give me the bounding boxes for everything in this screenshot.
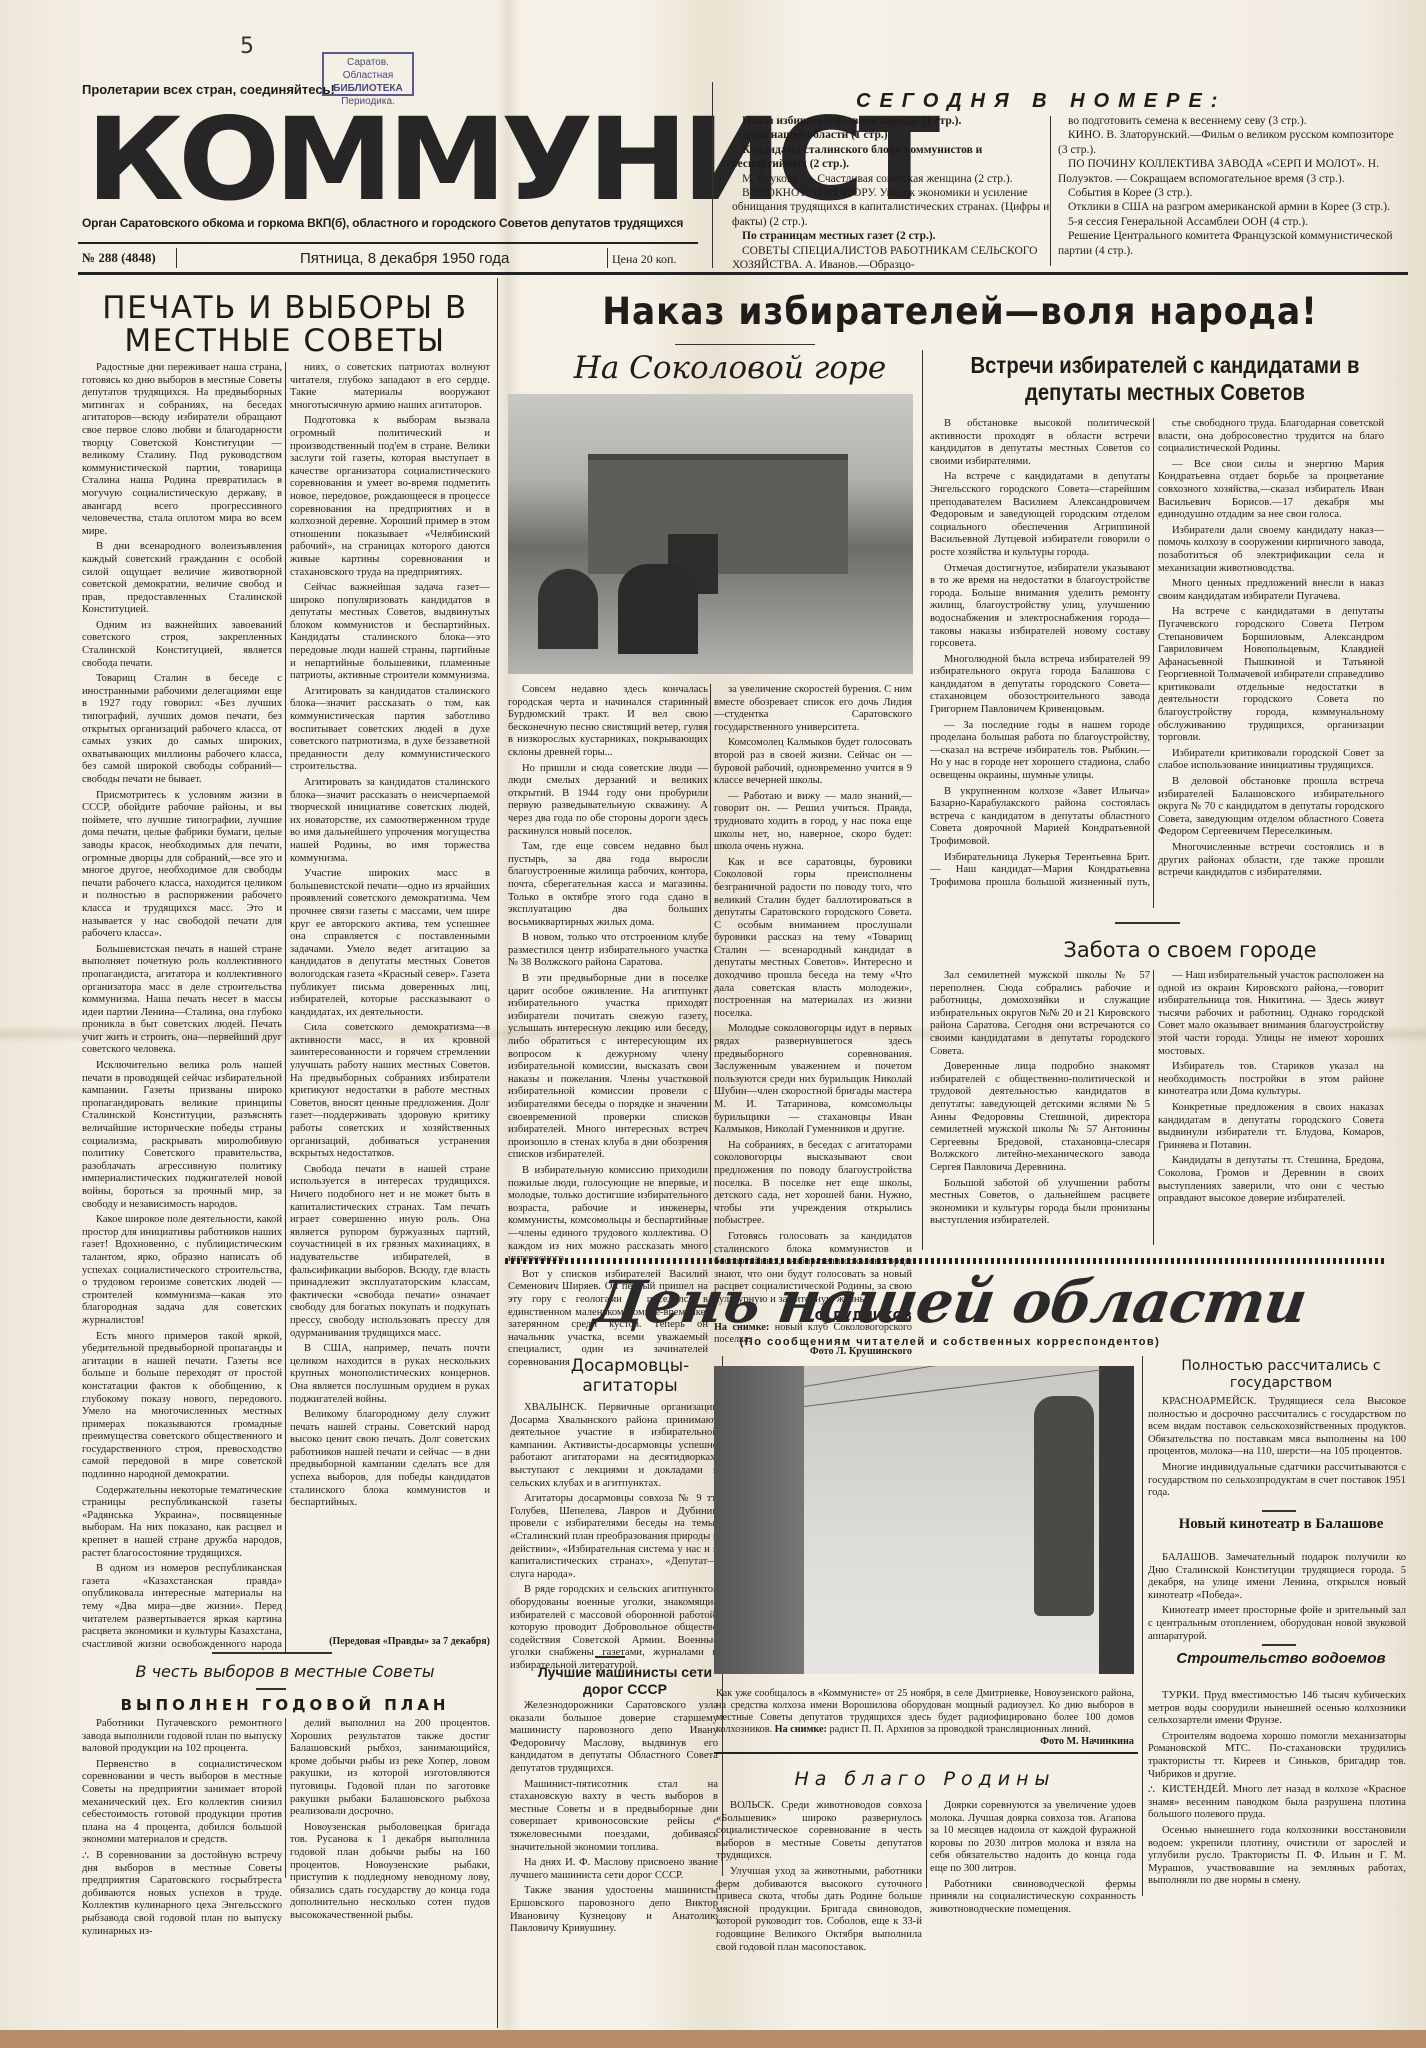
paragraph: Участие широких масс в большевистской пе…	[290, 868, 490, 1019]
paragraph: Сила советского демократизма—в активност…	[290, 1022, 490, 1161]
divider	[212, 1652, 332, 1654]
paragraph: В новом, только что отстроенном клубе ра…	[508, 932, 708, 970]
paragraph: Агитаторы досармовцы совхоза № 9 тт. Гол…	[510, 1493, 718, 1581]
paragraph: Избиратель тов. Стариков указал на необх…	[1158, 1061, 1384, 1099]
photo-club	[508, 394, 913, 674]
paragraph: Доярки соревнуются за увеличение удоев м…	[930, 1800, 1136, 1876]
paper-edge	[0, 2030, 1426, 2048]
issue-number: № 288 (4848)	[82, 250, 156, 266]
luchshie-title: Лучшие машинисты сети дорог СССР	[520, 1664, 730, 1698]
toc-item: Отклики в США на разгром американской ар…	[1058, 200, 1398, 214]
toc-item: В БЛОКНОТ АГИТАТОРУ. Упадок экономики и …	[732, 186, 1052, 229]
price: Цена 20 коп.	[612, 252, 676, 267]
radio-caption: Как уже сообщалось в «Коммунисте» от 25 …	[716, 1688, 1134, 1748]
paragraph: На собраниях, в беседах с агитаторами со…	[714, 1140, 912, 1228]
paragraph: Большой заботой об улучшении работы мест…	[930, 1178, 1150, 1228]
plan-column-1: Работники Пугачевского ремонтного завода…	[82, 1718, 282, 1941]
wavy-divider	[505, 1258, 1385, 1264]
paragraph: Но пришли и сюда советские люди — люди с…	[508, 763, 708, 839]
paragraph: Многие индивидуальные сдатчики рассчитыв…	[1148, 1462, 1406, 1500]
toc-right: во подготовить семена к весеннему севу (…	[1058, 114, 1398, 258]
paragraph: Большевистская печать в нашей стране вып…	[82, 944, 282, 1057]
paragraph: На днях И. Ф. Маслову присвоено звание л…	[510, 1857, 718, 1882]
vstrechi-title: Встречи избирателей с кандидатами в депу…	[967, 352, 1363, 406]
vstrechi-column-1: В обстановке высокой политической активн…	[930, 418, 1150, 888]
paragraph: Отмечая достигнутое, избиратели указываю…	[930, 563, 1150, 651]
paragraph: Как и все саратовцы, буровики Соколовой …	[714, 857, 912, 1021]
paragraph: ВОЛЬСК. Среди животноводов совхоза «Боль…	[716, 1800, 922, 1863]
divider	[1142, 1356, 1143, 1896]
caption-label: На снимке:	[775, 1724, 827, 1735]
divider	[78, 242, 698, 244]
paragraph: В избирательную комиссию приходили пожил…	[508, 1165, 708, 1266]
divider	[714, 1752, 1138, 1754]
paragraph: Сейчас важнейшая задача газет—широко поп…	[290, 582, 490, 683]
dosarm-column: ХВАЛЫНСК. Первичные организации Досарма …	[510, 1402, 718, 1675]
lead-title: Наказ избирателей—воля народа!	[551, 290, 1369, 333]
divider	[497, 278, 498, 2028]
paragraph: В США, например, печать почти целиком на…	[290, 1343, 490, 1406]
paragraph: Железнодорожники Саратовского узла оказа…	[510, 1700, 718, 1776]
region-subtitle: (По сообщениям читателей и собственных к…	[560, 1336, 1340, 1348]
organ-line: Орган Саратовского обкома и горкома ВКП(…	[82, 216, 692, 230]
divider	[1153, 418, 1154, 908]
paragraph: Улучшая уход за животными, работники фер…	[716, 1866, 922, 1954]
paragraph: Избирательница Лукерья Терентьевна Брит.…	[930, 852, 1150, 888]
pencil-mark: 5	[240, 34, 254, 59]
divider	[1050, 116, 1051, 266]
toc-item: События в Корее (3 стр.).	[1058, 186, 1398, 200]
plan-column-2: делий выполнил на 200 процентов. Хороших…	[290, 1718, 490, 1926]
paragraph: В обстановке высокой политической активн…	[930, 418, 1150, 468]
rasschit-column: КРАСНОАРМЕЙСК. Трудящиеся села Высокое п…	[1148, 1396, 1406, 1503]
paragraph: Молодые соколовогорцы идут в первых ряда…	[714, 1023, 912, 1136]
photo-pole	[1099, 1366, 1134, 1674]
toc-item: ПО ПОЧИНУ КОЛЛЕКТИВА ЗАВОДА «СЕРП И МОЛО…	[1058, 157, 1398, 186]
photo-person	[1034, 1396, 1094, 1616]
masthead: КОММУНИСТ	[86, 99, 686, 223]
paragraph: Многолюдной была встреча избирателей 99 …	[930, 654, 1150, 717]
photo-credit: Фото М. Начинкина	[1040, 1736, 1134, 1748]
ornament: ∴	[1148, 1784, 1153, 1797]
editorial-column-2: ниях, о советских патриотах волнуют чита…	[290, 362, 490, 1632]
photo-people	[538, 569, 598, 649]
toc-title: СЕГОДНЯ В НОМЕРЕ:	[856, 90, 1226, 113]
region-title: День нашей области	[555, 1268, 1345, 1336]
dosarm-title: Досармовцы-агитаторы	[525, 1356, 735, 1396]
paragraph: В одном из номеров республиканская газет…	[82, 1563, 282, 1652]
rasschit-title: Полностью рассчитались с государством	[1150, 1358, 1412, 1392]
paragraph: На встрече с кандидатами в депутаты Энге…	[930, 471, 1150, 559]
library-stamp: Саратов. Областная БИБЛИОТЕКА Периодика.	[322, 52, 414, 96]
divider	[710, 684, 711, 1254]
paragraph: Многочисленные встречи состоялись и в др…	[1158, 842, 1384, 880]
paragraph: Исключительно велика роль нашей печати в…	[82, 1060, 282, 1211]
paragraph: В соревновании за достойную встречу дня …	[82, 1850, 282, 1938]
caption-text: радист П. П. Архипов за проводкой трансл…	[829, 1724, 1090, 1735]
paragraph: Избиратели дали своему кандидату наказ—п…	[1158, 525, 1384, 575]
paragraph: Кандидаты в депутаты тт. Стешина, Бредов…	[1158, 1155, 1384, 1205]
paragraph: — За последние годы в нашем городе проде…	[930, 720, 1150, 783]
paragraph: Совсем недавно здесь кончалась городская…	[508, 684, 708, 760]
paragraph: ТУРКИ. Пруд вместимостью 146 тысяч кубич…	[1148, 1690, 1406, 1728]
divider	[712, 82, 713, 268]
divider	[595, 1656, 625, 1658]
photo-people	[618, 564, 698, 654]
paragraph: Зал семилетней мужской школы № 57 перепо…	[930, 970, 1150, 1058]
kino-title: Новый кинотеатр в Балашове	[1150, 1516, 1412, 1533]
paragraph: В укрупненном колхозе «Завет Ильича» Баз…	[930, 786, 1150, 849]
toc-left: Наказ избирателей—воля народа! (1 стр.).…	[732, 114, 1052, 272]
paragraph: Комсомолец Калмыков будет голосовать вто…	[714, 737, 912, 787]
ornament: ∴	[82, 1850, 87, 1863]
zabota-title: Забота о своем городе	[1000, 938, 1380, 962]
plan-kicker: В честь выборов в местные Советы	[80, 1662, 490, 1681]
paragraph: стье свободного труда. Благодарная совет…	[1158, 418, 1384, 456]
divider	[1262, 1644, 1296, 1646]
zabota-column-1: Зал семилетней мужской школы № 57 перепо…	[930, 970, 1150, 1245]
paragraph: КИСТЕНДЕЙ. Много лет назад в колхозе «Кр…	[1148, 1784, 1406, 1822]
divider	[256, 1688, 286, 1690]
divider	[922, 350, 923, 1250]
stroit-column: ТУРКИ. Пруд вместимостью 146 тысяч кубич…	[1148, 1690, 1406, 1891]
paragraph: Машинист-пятисотник стал на стахановскую…	[510, 1779, 718, 1855]
paragraph: Новоузенская рыболовецкая бригада тов. Р…	[290, 1822, 490, 1923]
toc-item: М. Стукова. — Счастливая советская женщи…	[732, 172, 1052, 186]
editorial-title: ПЕЧАТЬ И ВЫБОРЫ В МЕСТНЫЕ СОВЕТЫ	[80, 292, 490, 358]
toc-item: Кандидаты сталинского блока коммунистов …	[732, 143, 1052, 172]
stamp-line: БИБЛИОТЕКА	[324, 82, 412, 95]
vstrechi-column-2: стье свободного труда. Благодарная совет…	[1158, 418, 1384, 908]
editorial-column-1: Радостные дни переживает наша страна, го…	[82, 362, 282, 1652]
paragraph: за увеличение скоростей бурения. С ним в…	[714, 684, 912, 734]
paragraph: Также звания удостоены машинисты Ершовск…	[510, 1885, 718, 1935]
sokolova-column-2: за увеличение скоростей бурения. С ним в…	[714, 684, 912, 1358]
divider	[285, 1718, 286, 1878]
paragraph: Конкретные предложения в своих наказах к…	[1158, 1102, 1384, 1152]
paragraph: Работники Пугачевского ремонтного завода…	[82, 1718, 282, 1756]
divider	[285, 362, 286, 1652]
paragraph: — Наш избирательный участок расположен н…	[1158, 970, 1384, 1058]
paragraph: ХВАЛЫНСК. Первичные организации Досарма …	[510, 1402, 718, 1490]
paragraph: Присмотритесь к условиям жизни в СССР, о…	[82, 790, 282, 941]
photo-houses	[714, 1366, 804, 1674]
paragraph: Есть много примеров такой яркой, убедите…	[82, 1331, 282, 1482]
paragraph: Агитировать за кандидатов сталинского бл…	[290, 777, 490, 865]
toc-item: День нашей области (1 стр.).	[732, 128, 1052, 142]
divider	[1115, 922, 1180, 924]
paragraph: Кинотеатр имеет просторные фойе и зрител…	[1148, 1605, 1406, 1643]
paragraph: ниях, о советских патриотах волнуют чита…	[290, 362, 490, 412]
issue-date: Пятница, 8 декабря 1950 года	[300, 250, 509, 267]
stroit-title: Строительство водоемов	[1150, 1650, 1412, 1667]
paragraph: Подготовка к выборам вызвала огромный по…	[290, 415, 490, 579]
blago-column-2: Доярки соревнуются за увеличение удоев м…	[930, 1800, 1136, 1919]
blago-column-1: ВОЛЬСК. Среди животноводов совхоза «Боль…	[716, 1800, 922, 1957]
photo-radio-operator	[714, 1366, 1134, 1674]
paragraph: Товарищ Сталин в беседе с иностранными р…	[82, 673, 282, 786]
paragraph: Первенство в социалистическом соревнован…	[82, 1759, 282, 1847]
paragraph: Свобода печати в нашей стране использует…	[290, 1164, 490, 1340]
toc-item: СОВЕТЫ СПЕЦИАЛИСТОВ РАБОТНИКАМ СЕЛЬСКОГО…	[732, 244, 1052, 273]
paragraph: — Работаю и вижу — мало знаний,— говорит…	[714, 791, 912, 854]
paragraph: КРАСНОАРМЕЙСК. Трудящиеся села Высокое п…	[1148, 1396, 1406, 1459]
paragraph: В деловой обстановке прошла встреча изби…	[1158, 776, 1384, 839]
kino-column: БАЛАШОВ. Замечательный подарок получили …	[1148, 1552, 1406, 1646]
toc-item: Решение Центрального комитета Французско…	[1058, 229, 1398, 258]
paragraph: Содержательны некоторые тематические стр…	[82, 1485, 282, 1561]
divider	[675, 344, 815, 345]
plan-title: ВЫПОЛНЕН ГОДОВОЙ ПЛАН	[80, 1696, 490, 1714]
divider	[926, 1800, 927, 1888]
toc-item: По страницам местных газет (2 стр.).	[732, 229, 1052, 243]
paragraph: — Все свои силы и энергию Мария Кондрать…	[1158, 459, 1384, 522]
paragraph: В дни всенародного волеизъявления каждый…	[82, 541, 282, 617]
paragraph: Работники свиноводческой фермы приняли н…	[930, 1879, 1136, 1917]
paragraph: На встрече с кандидатами в депутаты Пуга…	[1158, 606, 1384, 745]
paragraph: В ряде городских и сельских агитпунктов …	[510, 1584, 718, 1672]
editorial-source: (Передовая «Правды» за 7 декабря)	[290, 1636, 490, 1647]
photo-building	[588, 454, 848, 574]
paragraph: Одним из важнейших завоеваний советского…	[82, 620, 282, 670]
paragraph: БАЛАШОВ. Замечательный подарок получили …	[1148, 1552, 1406, 1602]
paragraph: делий выполнил на 200 процентов. Хороших…	[290, 1718, 490, 1819]
stamp-line: Саратов. Областная	[324, 56, 412, 82]
paragraph: Какое широкое поле деятельности, какой п…	[82, 1214, 282, 1327]
divider	[1153, 970, 1154, 1245]
sokolova-title: На Соколовой горе	[540, 350, 920, 386]
divider	[176, 248, 177, 268]
divider	[607, 248, 608, 268]
paragraph: Избиратели критиковали городской Совет з…	[1158, 748, 1384, 773]
luchshie-column: Железнодорожники Саратовского узла оказа…	[510, 1700, 718, 2020]
divider	[1262, 1510, 1296, 1512]
zabota-column-2: — Наш избирательный участок расположен н…	[1158, 970, 1384, 1245]
paragraph: В эти предвыборные дни в поселке царит о…	[508, 973, 708, 1162]
toc-item: Наказ избирателей—воля народа! (1 стр.).	[732, 114, 1052, 128]
paragraph: Агитировать за кандидатов сталинского бл…	[290, 686, 490, 774]
paragraph: Великому благородному делу служит печать…	[290, 1409, 490, 1510]
paragraph: Осенью нынешнего года колхозники восстан…	[1148, 1825, 1406, 1888]
toc-item: КИНО. В. Златорунский.—Фильм о великом р…	[1058, 128, 1398, 157]
paragraph: Строителям водоема хорошо помогли механи…	[1148, 1731, 1406, 1781]
blago-title: На благо Родины	[710, 1768, 1140, 1790]
paragraph: Радостные дни переживает наша страна, го…	[82, 362, 282, 538]
photo-wires	[804, 1366, 1100, 1387]
toc-item: 5-я сессия Генеральной Ассамблеи ООН (4 …	[1058, 215, 1398, 229]
paragraph: Доверенные лица подробно знакомят избира…	[930, 1061, 1150, 1174]
toc-item: во подготовить семена к весеннему севу (…	[1058, 114, 1398, 128]
paragraph: Там, где еще совсем недавно был пустырь,…	[508, 841, 708, 929]
paragraph: Много ценных предложений внесли в наказ …	[1158, 578, 1384, 603]
